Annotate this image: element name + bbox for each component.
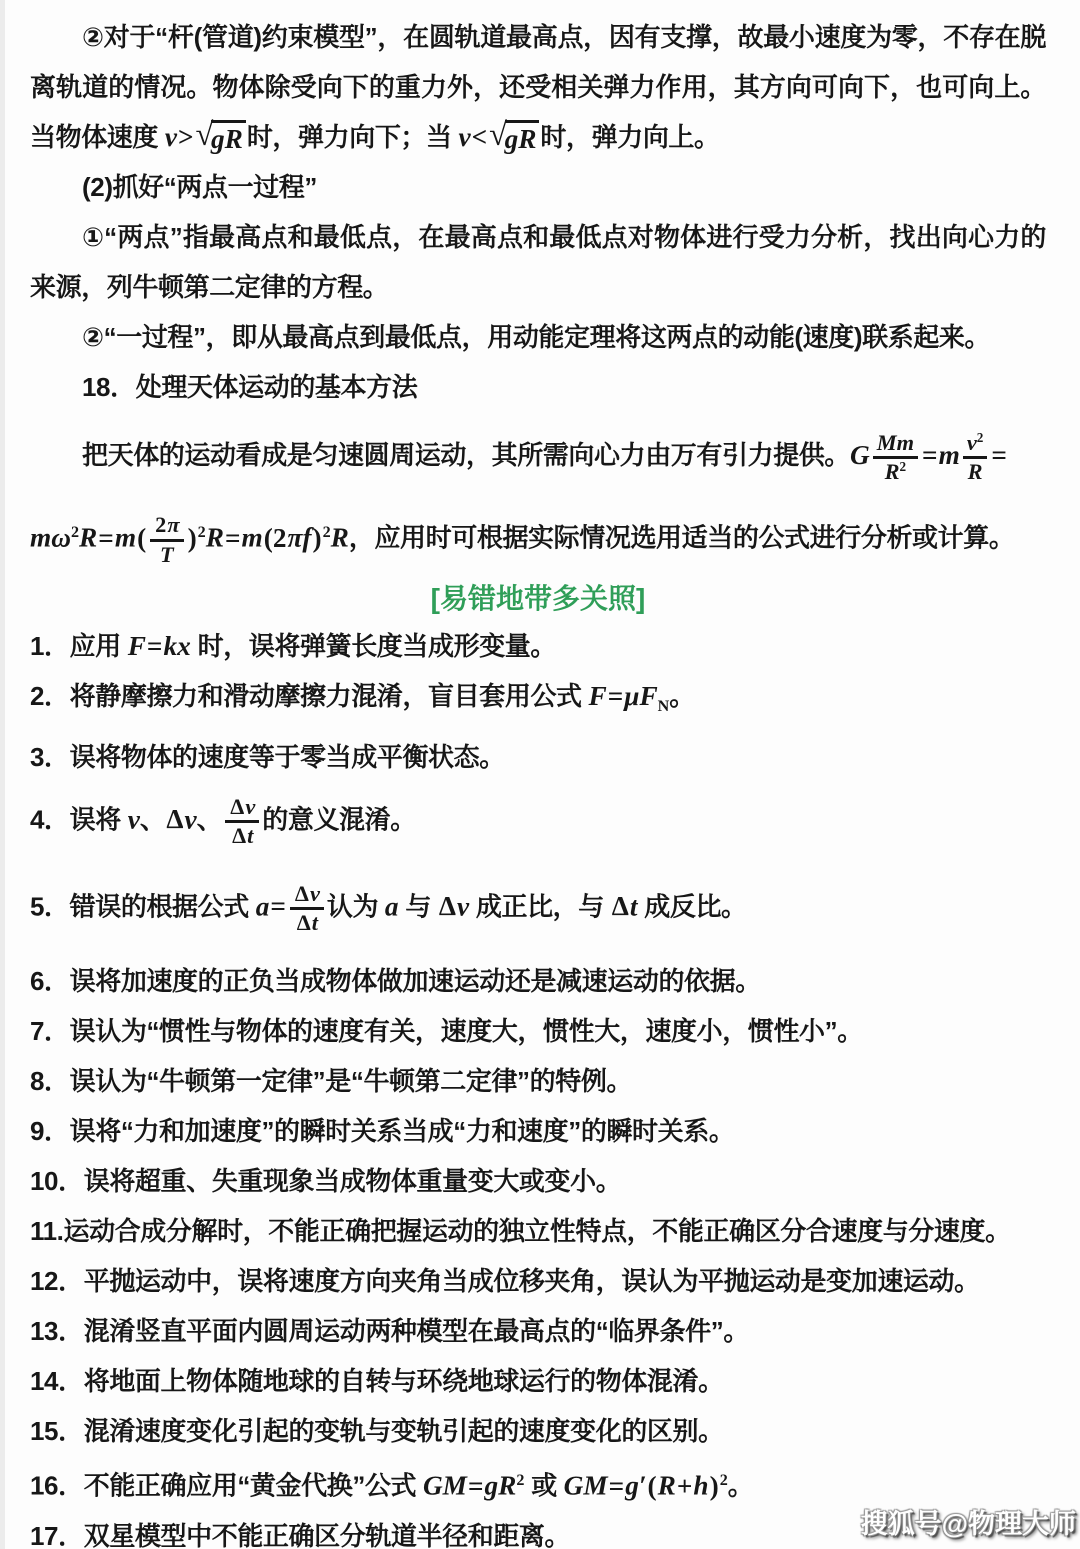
math-variable: gR	[505, 124, 537, 154]
list-item: 3．误将物体的速度等于零当成平衡状态。	[30, 741, 1046, 773]
math-symbol: (2	[263, 523, 288, 553]
formula-fraction: MmR2	[873, 431, 918, 484]
math-variable: gR	[485, 1471, 517, 1501]
math-symbol: Δ	[165, 804, 184, 834]
math-symbol: Δ	[231, 823, 247, 848]
math-symbol: =	[146, 631, 164, 661]
math-variable: πf	[287, 523, 311, 553]
math-symbol: >	[177, 122, 195, 152]
math-symbol: 2	[154, 512, 167, 537]
list-item: 15．混淆速度变化引起的变轨与变轨引起的速度变化的区别。	[30, 1415, 1046, 1447]
math-superscript: 2	[71, 524, 79, 541]
paragraph-one-process: ②“一过程”，即从最高点到最低点，用动能定理将这两点的动能(速度)联系起来。	[30, 312, 1046, 362]
math-variable: kx	[163, 631, 190, 661]
math-variable: m	[115, 523, 136, 553]
math-variable: Mm	[877, 430, 914, 455]
math-symbol: =	[224, 523, 242, 553]
math-symbol: )	[311, 523, 322, 553]
page-edge	[0, 0, 5, 1549]
math-variable: G	[850, 440, 870, 470]
math-superscript: 2	[720, 1472, 728, 1489]
list-item: 4．误将 v、Δv、ΔvΔt的意义混淆。	[30, 791, 1046, 852]
math-superscript: 2	[198, 524, 206, 541]
math-subscript: N	[658, 698, 670, 715]
math-variable: R	[79, 523, 97, 553]
list-item: 14．将地面上物体随地球的自转与环绕地球运行的物体混淆。	[30, 1365, 1046, 1397]
mistake-list: 1．应用 F=kx 时，误将弹簧长度当成形变量。2．将静摩擦力和滑动摩擦力混淆，…	[30, 630, 1046, 1549]
math-variable: gR	[211, 124, 243, 154]
math-variable: R	[331, 523, 349, 553]
list-item: 1．应用 F=kx 时，误将弹簧长度当成形变量。	[30, 630, 1046, 662]
math-symbol: )	[187, 523, 198, 553]
formula-fraction: v2R	[963, 431, 988, 484]
math-symbol: =	[608, 1471, 626, 1501]
formula-fraction: ΔvΔt	[290, 882, 324, 935]
math-variable: R	[968, 459, 983, 484]
math-variable: a	[385, 891, 399, 921]
math-variable: v	[185, 804, 197, 834]
math-variable: t	[247, 823, 253, 848]
math-symbol: (	[136, 523, 147, 553]
math-variable: h	[693, 1471, 708, 1501]
watermark: 搜狐号@物理大师	[861, 1502, 1076, 1541]
math-symbol: =	[921, 440, 939, 470]
math-symbol: Δ	[438, 891, 457, 921]
math-variable: GM	[423, 1471, 467, 1501]
math-symbol: Δ	[294, 881, 310, 906]
math-superscript: 2	[323, 524, 331, 541]
math-variable: π	[167, 512, 179, 537]
math-variable: μF	[624, 681, 657, 711]
list-item: 12．平抛运动中，误将速度方向夹角当成位移夹角，误认为平抛运动是变加速运动。	[30, 1265, 1046, 1297]
formula-square-root: √gR	[489, 120, 539, 155]
math-variable: a	[256, 891, 270, 921]
paragraph-celestial-formula: 把天体的运动看成是匀速圆周运动，其所需向心力由万有引力提供。GMmR2=mv2R…	[30, 416, 1046, 577]
document-page: ②对于“杆(管道)约束模型”，在圆轨道最高点，因有支撑，故最小速度为零，不存在脱…	[0, 0, 1080, 1549]
math-variable: m	[939, 440, 960, 470]
math-variable: v	[128, 804, 140, 834]
math-variable: R	[658, 1471, 676, 1501]
math-variable: mω	[30, 523, 71, 553]
list-item: 8．误认为“牛顿第一定律”是“牛顿第二定律”的特例。	[30, 1065, 1046, 1097]
radical-sign-icon: √	[196, 119, 213, 152]
math-symbol: +	[676, 1471, 694, 1501]
math-variable: F	[128, 631, 146, 661]
math-symbol: =	[607, 681, 625, 711]
math-symbol: Δ	[296, 910, 312, 935]
math-variable: v	[165, 122, 177, 152]
list-item: 6．误将加速度的正负当成物体做加速运动还是减速运动的依据。	[30, 965, 1046, 997]
paragraph-two-points: ①“两点”指最高点和最低点，在最高点和最低点对物体进行受力分析，找出向心力的来源…	[30, 212, 1046, 312]
math-symbol: =	[97, 523, 115, 553]
heading-celestial-methods: 18．处理天体运动的基本方法	[30, 362, 1046, 412]
list-item: 10．误将超重、失重现象当成物体重量变大或变小。	[30, 1165, 1046, 1197]
formula-fraction: ΔvΔt	[225, 795, 259, 848]
paragraph-rod-model: ②对于“杆(管道)约束模型”，在圆轨道最高点，因有支撑，故最小速度为零，不存在脱…	[30, 12, 1046, 162]
math-variable: g′	[625, 1471, 646, 1501]
math-symbol: )	[709, 1471, 720, 1501]
list-item: 13．混淆竖直平面内圆周运动两种模型在最高点的“临界条件”。	[30, 1315, 1046, 1347]
formula-square-root: √gR	[196, 120, 246, 155]
math-symbol: =	[269, 891, 287, 921]
list-item: 7．误认为“惯性与物体的速度有关，速度大，惯性大，速度小，惯性小”。	[30, 1015, 1046, 1047]
math-variable: m	[242, 523, 263, 553]
math-symbol: (	[647, 1471, 658, 1501]
math-superscript: 2	[900, 459, 907, 474]
math-variable: v	[310, 881, 320, 906]
math-variable: t	[312, 910, 318, 935]
list-item: 16．不能正确应用“黄金代换”公式 GM=gR2 或 GM=g′(R+h)2。	[30, 1465, 1046, 1502]
radical-sign-icon: √	[489, 119, 506, 152]
list-item: 11.运动合成分解时，不能正确把握运动的独立性特点，不能正确区分合速度与分速度。	[30, 1215, 1046, 1247]
math-symbol: =	[467, 1471, 485, 1501]
math-variable: T	[160, 542, 174, 567]
math-symbol: =	[990, 440, 1008, 470]
paragraph-grasp-title: (2)抓好“两点一过程”	[30, 162, 1046, 212]
list-item: 5．错误的根据公式 a=ΔvΔt认为 a 与 Δv 成正比，与 Δt 成反比。	[30, 878, 1046, 939]
section-header: [易错地带多关照]	[30, 583, 1046, 615]
math-variable: v	[457, 891, 469, 921]
math-superscript: 2	[977, 430, 984, 445]
list-item: 2．将静摩擦力和滑动摩擦力混淆，盲目套用公式 F=μFN。	[30, 680, 1046, 723]
formula-fraction: 2πT	[150, 513, 183, 566]
list-item: 9．误将“力和加速度”的瞬时关系当成“力和速度”的瞬时关系。	[30, 1115, 1046, 1147]
math-variable: R	[206, 523, 224, 553]
math-variable: R	[885, 459, 900, 484]
math-symbol: <	[471, 122, 489, 152]
math-variable: v	[245, 794, 255, 819]
math-variable: v	[967, 430, 977, 455]
math-symbol: Δ	[229, 794, 245, 819]
math-variable: GM	[564, 1471, 608, 1501]
math-variable: F	[588, 681, 606, 711]
math-variable: v	[458, 122, 470, 152]
math-symbol: Δ	[611, 891, 630, 921]
